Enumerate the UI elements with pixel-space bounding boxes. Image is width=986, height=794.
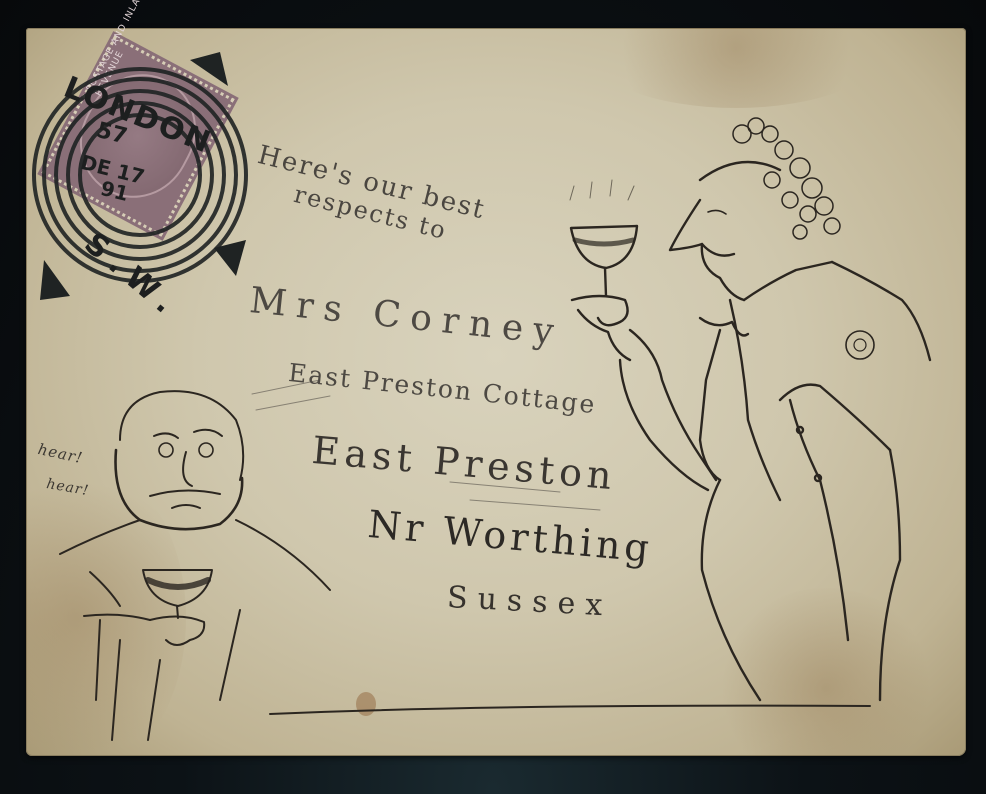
toasting-man-drawing — [570, 118, 930, 700]
signature-underline — [270, 706, 870, 714]
bearded-man-drawing — [60, 391, 330, 740]
